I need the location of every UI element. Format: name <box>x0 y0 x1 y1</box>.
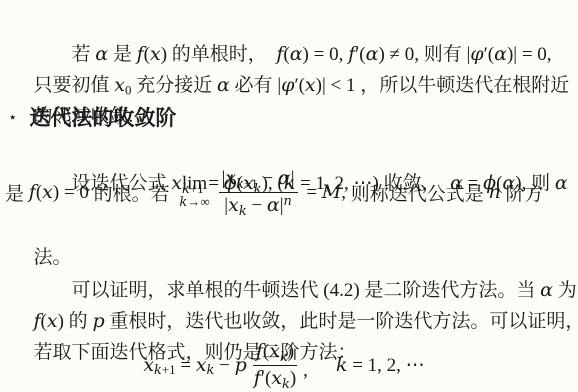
limit-operator: limk→∞ <box>179 174 209 210</box>
formula-fraction: f(xk)f′(xk) <box>251 340 299 390</box>
math-run: f(x) = 0 <box>29 181 89 204</box>
section-heading-convergence-order: ⋆ 迭代法的收敛阶 <box>5 103 563 131</box>
math-run: f(x) <box>34 311 64 332</box>
formula-fraction-denominator: f′(xk) <box>251 366 299 390</box>
fraction-numerator: |xk+1 − α| <box>219 167 298 193</box>
text-run: ，所以牛顿迭代在根附近 <box>356 75 570 96</box>
formula-comma: , <box>303 360 308 391</box>
text-run: 法。 <box>34 247 72 268</box>
text-run: 可以证明，求单根的牛顿迭代 (4.2) 是二阶迭代方法。当 <box>72 280 541 301</box>
text-run: 充分接近 <box>131 75 217 96</box>
math-run: |φ′(α)| = 0, <box>466 44 551 65</box>
text-run: 为 <box>553 280 577 301</box>
text-run: 则有 <box>419 44 467 65</box>
text-run: 的根。若 <box>89 179 175 206</box>
math-run: α <box>95 44 108 65</box>
p2-line3: 法。 <box>5 216 563 244</box>
paragraph-multiple-root: 可以证明，求单根的牛顿迭代 (4.2) 是二阶迭代方法。当 α 为 f(x) 的… <box>5 244 563 337</box>
text-run: 若 <box>72 44 96 65</box>
text-run: 的 <box>64 311 93 332</box>
p1-line1: 若 α 是 f(x) 的单根时， f(α) = 0, f′(α) ≠ 0, 则有… <box>5 8 563 39</box>
fraction-denominator: |xk − α|n <box>221 193 295 217</box>
section-heading-text: 迭代法的收敛阶 <box>29 102 176 132</box>
math-run: α <box>217 75 230 96</box>
formula-lhs: xk+1 = xk − p <box>143 354 246 377</box>
text-run: 阶方 <box>501 179 544 206</box>
limit-lim-label: lim <box>182 174 207 194</box>
text-run: 必有 <box>230 75 278 96</box>
document-page: 若 α 是 f(x) 的单根时， f(α) = 0, f′(α) ≠ 0, 则有… <box>0 0 568 391</box>
p2-line1: 设迭代公式 xk+1 = ϕ(xk), (k = 1, 2, ⋯) 收敛， α … <box>5 137 563 168</box>
text-run: 是 <box>108 44 137 65</box>
fraction: |xk+1 − α||xk − α|n <box>219 167 298 217</box>
math-run: f(x) <box>137 44 167 65</box>
math-run: x0 <box>114 75 131 96</box>
math-run: |φ′(x)| < 1 <box>277 75 355 96</box>
math-run: f(α) = 0, f′(α) ≠ 0, <box>267 44 419 65</box>
text-run: 重根时，迭代也收敛，此时是一阶迭代方法。可以证明， <box>105 311 578 332</box>
p3-line1: 可以证明，求单根的牛顿迭代 (4.2) 是二阶迭代方法。当 α 为 <box>5 244 563 275</box>
star-icon: ⋆ <box>8 108 17 126</box>
math-run: p <box>92 311 104 332</box>
math-run: α <box>555 173 568 194</box>
limit-subscript: k→∞ <box>179 195 209 210</box>
text-run: 则称迭代公式是 <box>346 179 489 206</box>
math-run: = M, <box>302 181 346 204</box>
math-run: n <box>489 181 501 204</box>
text-run: 的单根时， <box>167 44 267 65</box>
formula-rhs: k = 1, 2, ⋯ <box>336 354 425 377</box>
math-run: α <box>540 280 553 301</box>
paragraph-newton-convergence: 若 α 是 f(x) 的单根时， f(α) = 0, f′(α) ≠ 0, 则有… <box>5 8 563 101</box>
formula-fraction-numerator: f(xk) <box>253 340 297 366</box>
text-run: 是 <box>5 179 29 206</box>
paragraph-order-definition: 设迭代公式 xk+1 = ϕ(xk), (k = 1, 2, ⋯) 收敛， α … <box>5 137 563 244</box>
text-run: 只要初值 <box>34 75 115 96</box>
